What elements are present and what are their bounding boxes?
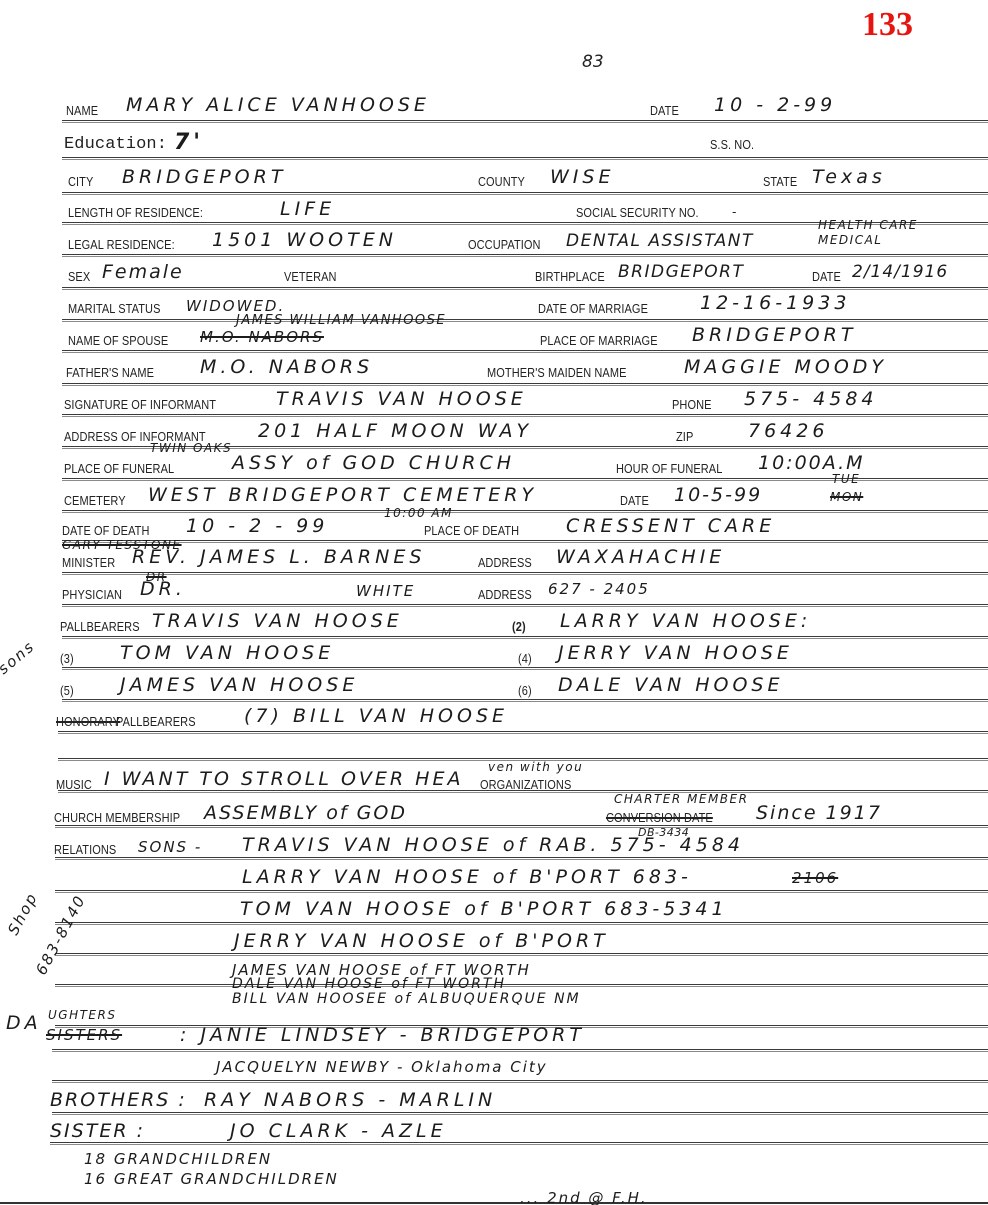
label-pallbearer-3: (3)	[60, 652, 74, 666]
margin-note-shop: Shop	[4, 889, 41, 938]
label-birth-date: DATE	[812, 270, 841, 284]
field-pallbearer-7[interactable]: (7) BILL VAN HOOSE	[244, 705, 508, 727]
label-place-of-death: PLACE OF DEATH	[424, 524, 519, 538]
label-date-of-death: DATE OF DEATH	[62, 524, 150, 538]
field-organizations: CHARTER MEMBER	[614, 792, 748, 806]
page-number-handwritten: 83	[582, 52, 604, 72]
label-place-of-marriage: PLACE OF MARRIAGE	[540, 334, 658, 348]
label-birthplace: BIRTHPLACE	[535, 270, 605, 284]
field-sex[interactable]: Female	[102, 261, 184, 283]
relation-son-3[interactable]: TOM VAN HOOSE of B'PORT 683-5341	[240, 898, 728, 920]
relation-son-1[interactable]: TRAVIS VAN HOOSE of RAB. 575- 4584	[242, 834, 744, 856]
relation-daughter-1[interactable]: : JANIE LINDSEY - BRIDGEPORT	[180, 1024, 585, 1046]
label-honorary-struck: HONORARY	[56, 715, 120, 729]
label-pallbearers: PALLBEARERS	[60, 620, 140, 634]
label-minister-address: ADDRESS	[478, 556, 532, 570]
field-date-of-marriage[interactable]: 12-16-1933	[700, 292, 850, 314]
margin-note-sons: sons	[0, 637, 38, 678]
relation-son-7[interactable]: BILL VAN HOOSEE of ALBUQUERQUE NM	[232, 991, 581, 1007]
sister-label: SISTER :	[50, 1120, 145, 1142]
field-funeral-note: TWIN OAKS	[150, 441, 232, 455]
relation-son-6[interactable]: DALE VAN HOOSE of FT WORTH	[232, 976, 506, 992]
label-music: MUSIC	[56, 778, 92, 792]
field-spouse-struck: M.O. NABORS	[200, 328, 324, 346]
field-physician-prefix[interactable]: DR.	[140, 578, 186, 600]
label-place-of-funeral: PLACE OF FUNERAL	[64, 462, 174, 476]
label-sex: SEX	[68, 270, 90, 284]
field-pallbearer-5[interactable]: JAMES VAN HOOSE	[120, 674, 358, 696]
field-spouse[interactable]: JAMES WILLIAM VANHOOSE	[236, 313, 446, 328]
field-pallbearer-1[interactable]: TRAVIS VAN HOOSE	[152, 610, 403, 632]
field-address-of-informant[interactable]: 201 HALF MOON WAY	[258, 420, 532, 442]
daughters-label-suffix: UGHTERS	[48, 1008, 116, 1022]
label-cemetery: CEMETERY	[64, 494, 126, 508]
field-name[interactable]: MARY ALICE VANHOOSE	[126, 94, 430, 116]
field-cemetery-date[interactable]: 10-5-99	[674, 484, 762, 506]
daughters-label-prefix: DA	[6, 1012, 42, 1034]
label-mothers-maiden-name: MOTHER'S MAIDEN NAME	[487, 366, 627, 380]
field-fathers-name[interactable]: M.O. NABORS	[200, 356, 373, 378]
field-state[interactable]: Texas	[812, 166, 886, 188]
field-zip[interactable]: 76426	[748, 420, 828, 442]
field-hour-of-funeral[interactable]: 10:00A.M	[758, 452, 865, 474]
label-physician-address: ADDRESS	[478, 588, 532, 602]
relation-son-2[interactable]: LARRY VAN HOOSE of B'PORT 683-	[242, 866, 692, 888]
field-music-continued: ven with you	[488, 760, 583, 774]
field-date-of-death[interactable]: 10 - 2 - 99	[186, 515, 328, 537]
field-pallbearer-3[interactable]: TOM VAN HOOSE	[120, 642, 334, 664]
label-zip: ZIP	[676, 430, 693, 444]
field-physician-address[interactable]: 627 - 2405	[548, 580, 650, 598]
label-date: DATE	[650, 104, 679, 118]
field-cemetery[interactable]: WEST BRIDGEPORT CEMETERY	[148, 484, 537, 506]
label-signature-of-informant: SIGNATURE OF INFORMANT	[64, 398, 216, 412]
label-minister: MINISTER	[62, 556, 115, 570]
label-pallbearer-2: (2)	[512, 620, 526, 634]
grandchildren: 18 GRANDCHILDREN	[84, 1150, 272, 1168]
relation-son-2-struck: 2106	[792, 869, 838, 887]
field-place-of-death[interactable]: CRESSENT CARE	[566, 515, 775, 537]
field-minister[interactable]: REV. JAMES L. BARNES	[132, 546, 425, 568]
label-state: STATE	[763, 175, 797, 189]
label-county: COUNTY	[478, 175, 525, 189]
label-ss-no: S.S. NO.	[710, 138, 754, 152]
label-relations: RELATIONS	[54, 843, 116, 857]
label-name: NAME	[66, 104, 98, 118]
field-social-security-no[interactable]: -	[732, 205, 738, 219]
label-occupation: OCCUPATION	[468, 238, 541, 252]
field-pallbearer-2[interactable]: LARRY VAN HOOSE:	[560, 610, 811, 632]
field-phone[interactable]: 575- 4584	[744, 388, 878, 410]
label-fathers-name: FATHER'S NAME	[66, 366, 154, 380]
relation-daughter-2[interactable]: JACQUELYN NEWBY - Oklahoma City	[216, 1058, 548, 1076]
label-pallbearer-4: (4)	[518, 652, 532, 666]
label-phone: PHONE	[672, 398, 712, 412]
cut-off-line: ... 2nd @ F.H.	[520, 1189, 648, 1205]
relation-sister[interactable]: JO CLARK - AZLE	[230, 1120, 447, 1142]
label-marital-status: MARITAL STATUS	[68, 302, 161, 316]
great-grandchildren: 16 GREAT GRANDCHILDREN	[84, 1170, 339, 1188]
field-legal-residence[interactable]: 1501 WOOTEN	[212, 229, 397, 251]
field-date[interactable]: 10 - 2-99	[714, 94, 836, 116]
field-county[interactable]: WISE	[550, 166, 614, 188]
field-church-membership[interactable]: ASSEMBLY of GOD	[204, 802, 407, 824]
field-pallbearer-6[interactable]: DALE VAN HOOSE	[558, 674, 783, 696]
relation-brother[interactable]: RAY NABORS - MARLIN	[204, 1089, 496, 1111]
margin-note-shop-phone: 683-8140	[32, 892, 89, 978]
field-conversion-date[interactable]: Since 1917	[756, 802, 882, 824]
label-church-membership: CHURCH MEMBERSHIP	[54, 811, 180, 825]
label-social-security-no: SOCIAL SECURITY NO.	[576, 206, 699, 220]
field-length-of-residence[interactable]: LIFE	[280, 198, 335, 220]
field-signature-of-informant[interactable]: TRAVIS VAN HOOSE	[276, 388, 527, 410]
field-music[interactable]: I WANT TO STROLL OVER HEA	[104, 768, 463, 790]
field-cemetery-day-struck: MON	[830, 490, 863, 504]
field-cemetery-day: TUE	[832, 472, 860, 486]
page-number-stamp: 133	[862, 6, 913, 44]
field-birth-date[interactable]: 2/14/1916	[852, 262, 948, 282]
field-education[interactable]: 7'	[174, 130, 204, 155]
label-veteran: VETERAN	[284, 270, 337, 284]
field-birthplace[interactable]: BRIDGEPORT	[618, 262, 744, 282]
label-pallbearer-5: (5)	[60, 684, 74, 698]
field-occupation-note-2: MEDICAL	[818, 233, 883, 247]
label-length-of-residence: LENGTH OF RESIDENCE:	[68, 206, 203, 220]
field-occupation-note-1: HEALTH CARE	[818, 218, 918, 232]
label-hour-of-funeral: HOUR OF FUNERAL	[616, 462, 722, 476]
relation-son-4[interactable]: JERRY VAN HOOSE of B'PORT	[234, 930, 609, 952]
label-date-of-marriage: DATE OF MARRIAGE	[538, 302, 648, 316]
label-honorary-pallbearers: PALLBEARERS	[116, 715, 196, 729]
label-city: CITY	[68, 175, 93, 189]
sisters-label-struck: SISTERS	[46, 1026, 122, 1044]
field-pallbearer-4[interactable]: JERRY VAN HOOSE	[558, 642, 793, 664]
field-place-of-marriage[interactable]: BRIDGEPORT	[692, 324, 856, 346]
label-legal-residence: LEGAL RESIDENCE:	[68, 238, 175, 252]
label-name-of-spouse: NAME OF SPOUSE	[68, 334, 168, 348]
label-organizations: ORGANIZATIONS	[480, 778, 571, 792]
label-cemetery-date: DATE	[620, 494, 649, 508]
label-education: Education:	[64, 135, 167, 154]
field-city[interactable]: BRIDGEPORT	[122, 166, 286, 188]
field-minister-address[interactable]: WAXAHACHIE	[556, 546, 725, 568]
field-time-of-death: 10:00 AM	[384, 506, 453, 520]
brothers-label: BROTHERS :	[50, 1089, 187, 1111]
label-conversion-date-struck: CONVERSION DATE	[606, 811, 713, 825]
field-physician[interactable]: WHITE	[356, 582, 415, 600]
field-mothers-maiden-name[interactable]: MAGGIE MOODY	[684, 356, 887, 378]
label-pallbearer-6: (6)	[518, 684, 532, 698]
relations-sons-label: SONS -	[138, 838, 202, 856]
field-place-of-funeral[interactable]: ASSY of GOD CHURCH	[232, 452, 515, 474]
field-occupation[interactable]: DENTAL ASSISTANT	[566, 231, 754, 251]
label-physician: PHYSICIAN	[62, 588, 122, 602]
